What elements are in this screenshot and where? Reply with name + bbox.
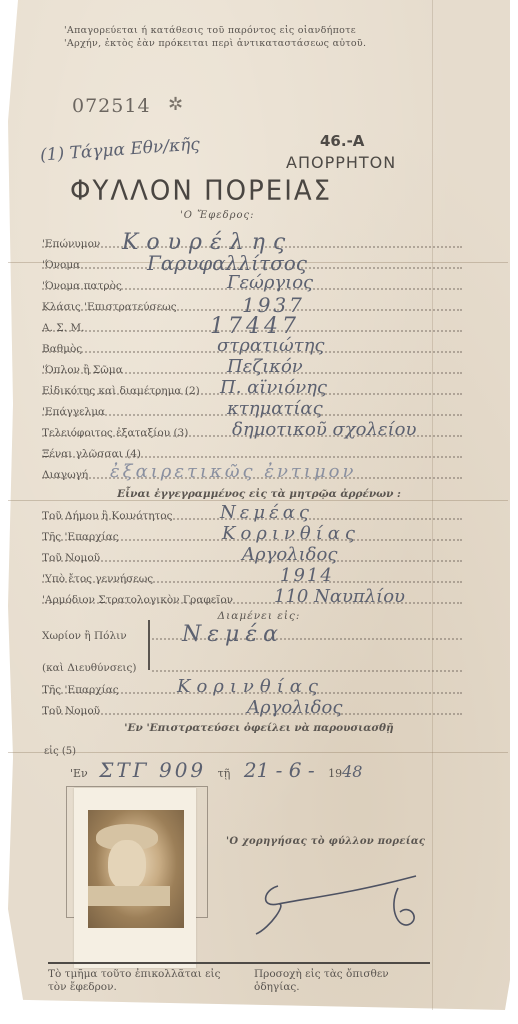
field-label: Τοῦ Νομοῦ xyxy=(42,705,100,717)
field-value: Π. αϊνιόνης xyxy=(220,377,327,398)
field-label: 'Επώνυμον xyxy=(42,238,100,250)
fold-line xyxy=(8,500,508,501)
shirt xyxy=(88,886,170,906)
field-value: δημοτικοῦ σχολείου xyxy=(232,419,416,440)
form-number: 46.-Α xyxy=(320,132,364,150)
field-label: Τῆς 'Επαρχίας xyxy=(42,684,119,696)
field-prefecture: Τοῦ Νομοῦ Αργολιδος xyxy=(42,550,462,568)
field-value: 110 Ναυπλίου xyxy=(274,586,405,607)
dotted-leader xyxy=(152,670,462,672)
field-label: 'Αρμόδιον Στρατολογικὸν Γραφεῖον xyxy=(42,594,233,606)
field-recruitment-office: 'Αρμόδιον Στρατολογικὸν Γραφεῖον 110 Ναυ… xyxy=(42,592,462,610)
fold-line xyxy=(432,0,433,1010)
classification-stamp: ΑΠΟΡΡΗΤΟΝ xyxy=(286,153,396,172)
field-label: Τῆς 'Επαρχίας xyxy=(42,531,119,543)
field-residence-prefecture: Τοῦ Νομοῦ Αργολιδος xyxy=(42,703,462,721)
field-value: 1914 xyxy=(280,565,334,586)
footer-divider xyxy=(48,962,430,964)
field-label: Εἰδικότης καὶ διαμέτρημα (2) xyxy=(42,385,200,397)
field-label: Βαθμὸς xyxy=(42,343,82,355)
field-value: κτηματίας xyxy=(227,398,323,419)
footer-left-note: Τὸ τμῆμα τοῦτο ἐπικολλᾶται εἰς τὸν ἔφεδρ… xyxy=(48,968,221,994)
footer-right-line-1: Προσοχὴ εἰς τὰς ὄπισθεν xyxy=(254,968,389,981)
notice-line-1: 'Απαγορεύεται ή κατάθεσις τοῦ παρόντος ε… xyxy=(64,24,366,37)
field-education: Τελειόφοιτος ἐξαταξίου (3) δημοτικοῦ σχο… xyxy=(42,425,462,443)
fold-line xyxy=(8,752,508,753)
residence-heading: Διαμένει εἰς: xyxy=(0,610,518,622)
field-value: Νεμέας xyxy=(220,502,313,523)
section-subtitle: 'Ο Ἔφεδρος: xyxy=(180,210,254,221)
field-label: Τελειόφοιτος ἐξαταξίου (3) xyxy=(42,427,188,439)
field-value: ἐξαιρετικῶς ἐντιμον xyxy=(110,461,356,482)
field-residence-village: Χωρίον ἢ Πόλιν Νεμέα xyxy=(42,628,462,646)
face xyxy=(108,840,146,890)
field-value: Νεμέα xyxy=(182,622,284,647)
footer-right-line-2: ὁδηγίας. xyxy=(254,981,389,994)
field-value: Αργολιδος xyxy=(247,697,342,718)
mobilization-target-label: εἰς (5) xyxy=(44,746,76,757)
footer-right-note: Προσοχὴ εἰς τὰς ὄπισθεν ὁδηγίας. xyxy=(254,968,389,994)
issuer-label: 'Ο χορηγήσας τὸ φύλλον πορείας xyxy=(226,836,425,847)
reservist-photo xyxy=(74,788,196,968)
footer-left-line-2: τὸν ἔφεδρον. xyxy=(48,981,221,994)
date-prefix: τῇ xyxy=(218,767,231,780)
asterisk-icon: ✲ xyxy=(168,94,183,115)
field-value: Αργολιδος xyxy=(242,544,337,565)
issue-year: 48 xyxy=(342,762,362,781)
issue-place: ΣΤΓ 909 xyxy=(99,758,206,782)
mobilization-notice: 'Εν 'Επιστρατεύσει ὀφείλει νὰ παρουσιασθ… xyxy=(0,722,518,734)
field-label: Α. Σ. Μ. xyxy=(42,322,84,334)
field-value: Πεζικόν xyxy=(227,356,303,377)
year-prefix: 19 xyxy=(328,767,342,780)
issue-line: 'Εν ΣΤΓ 909 τῇ 21 - 6 - 1948 xyxy=(70,758,362,782)
issue-date: 21 - 6 - xyxy=(244,758,315,782)
footer-left-line-1: Τὸ τμῆμα τοῦτο ἐπικολλᾶται εἰς xyxy=(48,968,221,981)
field-label: Διαγωγή xyxy=(42,469,88,481)
restriction-notice: 'Απαγορεύεται ή κατάθεσις τοῦ παρόντος ε… xyxy=(64,24,366,50)
field-label: 'Υπὸ ἔτος γεννήσεως xyxy=(42,573,153,585)
field-label: (καὶ Διευθύνσεις) xyxy=(42,662,137,674)
place-prefix: 'Εν xyxy=(70,767,88,780)
field-value: Γεώργιος xyxy=(227,272,313,293)
field-label: 'Όπλον ἢ Σῶμα xyxy=(42,364,123,376)
field-label: Ξέναι γλῶσσαι (4) xyxy=(42,448,141,460)
field-value: Κορινθίας xyxy=(177,676,324,697)
field-value: στρατιώτης xyxy=(217,335,325,356)
field-label: Τοῦ Δήμου ἢ Κοινότητος xyxy=(42,510,173,522)
field-label: 'Επάγγελμα xyxy=(42,406,105,418)
field-label: Τοῦ Νομοῦ xyxy=(42,552,100,564)
registration-heading: Εἶναι ἐγγεγραμμένος εἰς τὰ μητρῷα ἀρρένω… xyxy=(0,488,518,500)
field-label: 'Όνομα πατρὸς xyxy=(42,280,122,292)
field-value: Κορινθίας xyxy=(222,523,360,544)
field-label: Κλάσις 'Επιστρατεύσεως xyxy=(42,301,177,313)
field-label: 'Όνομα xyxy=(42,259,80,271)
notice-line-2: 'Αρχήν, ἐκτὸς ἐὰν πρόκειται περὶ ἀντικατ… xyxy=(64,37,366,50)
serial-number: 072514 xyxy=(72,95,151,117)
signature-icon xyxy=(248,868,428,938)
document-title: ΦΥΛΛΟΝ ΠΟΡΕΙΑΣ xyxy=(70,175,332,207)
field-conduct: Διαγωγή ἐξαιρετικῶς ἐντιμον xyxy=(42,467,462,485)
field-label: Χωρίον ἢ Πόλιν xyxy=(42,630,127,642)
